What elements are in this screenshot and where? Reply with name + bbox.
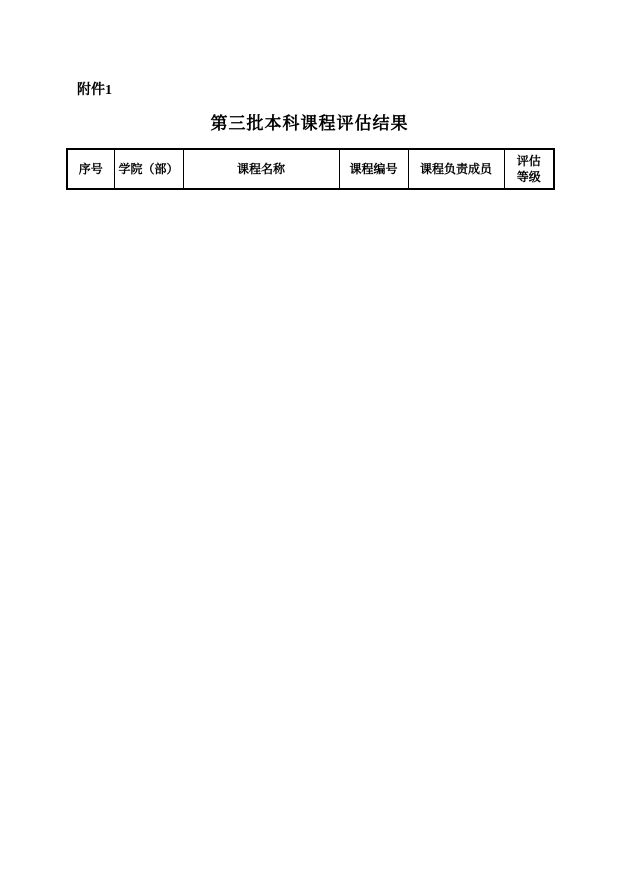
header-code: 课程编号 <box>339 149 408 189</box>
attachment-label: 附件1 <box>77 79 112 99</box>
header-no: 序号 <box>67 149 114 189</box>
header-person: 课程负责成员 <box>408 149 504 189</box>
evaluation-results-table: 序号 学院（部） 课程名称 课程编号 课程负责成员 评估 等级 <box>66 148 555 190</box>
header-course: 课程名称 <box>183 149 339 189</box>
header-grade: 评估 等级 <box>504 149 554 189</box>
document-page: { "page": { "attachment_label": "附件1", "… <box>0 0 620 873</box>
header-college: 学院（部） <box>114 149 183 189</box>
page-title: 第三批本科课程评估结果 <box>66 109 553 134</box>
header-row: 序号 学院（部） 课程名称 课程编号 课程负责成员 评估 等级 <box>67 149 554 189</box>
